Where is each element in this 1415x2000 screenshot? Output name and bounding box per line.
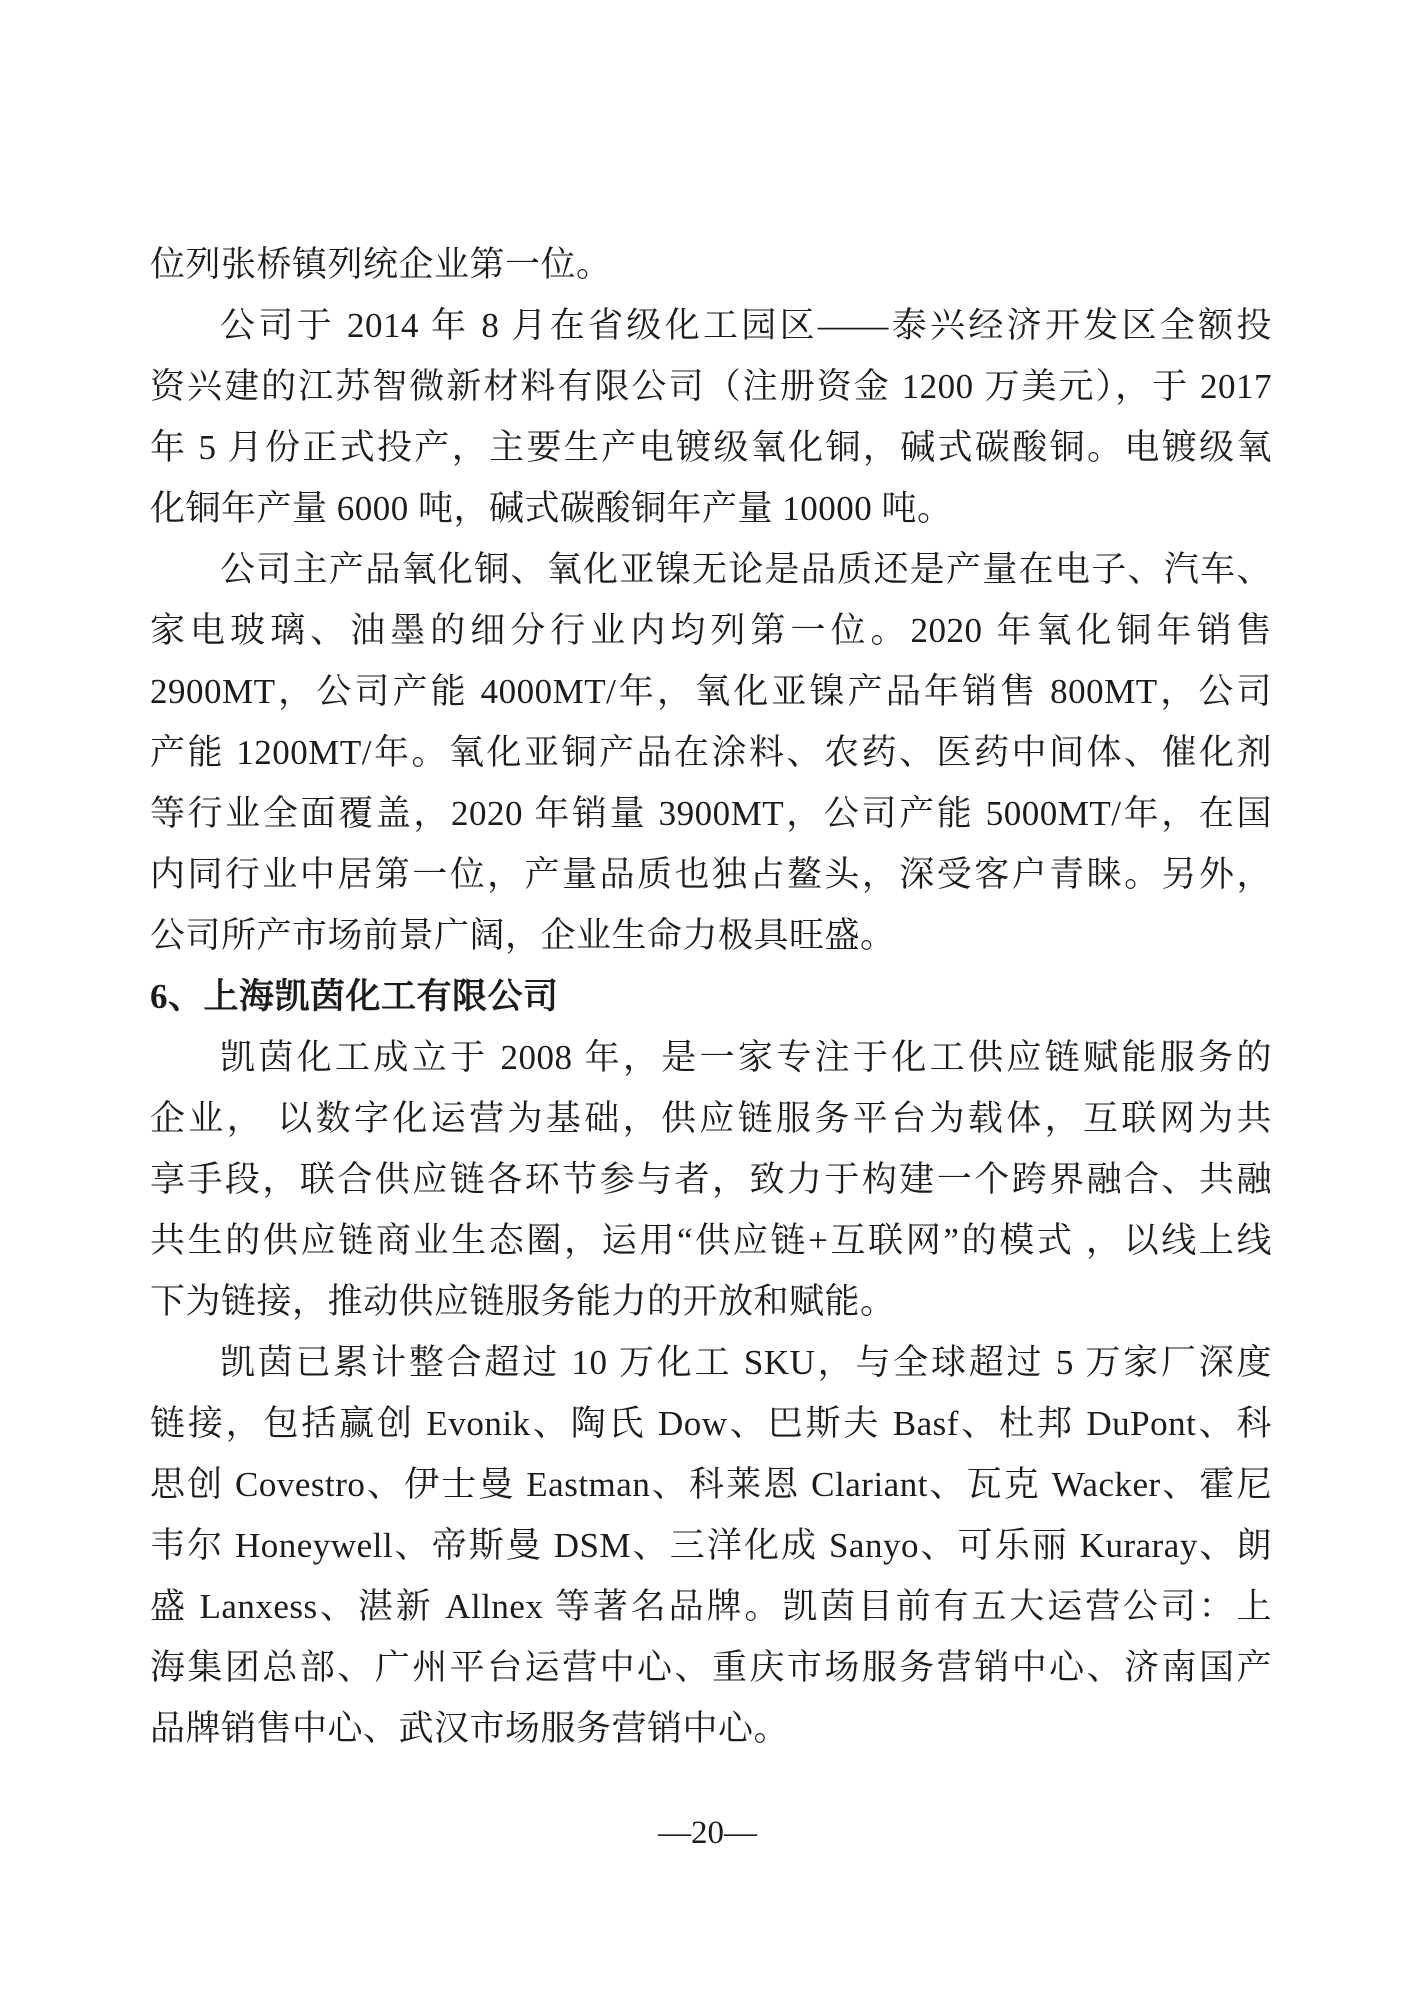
body-text-line: 海集团总部、广州平台运营中心、重庆市场服务营销中心、济南国产 — [150, 1637, 1272, 1698]
body-text-line: 品牌销售中心、武汉市场服务营销中心。 — [150, 1698, 1272, 1759]
body-text-line: 化铜年产量 6000 吨，碱式碳酸铜年产量 10000 吨。 — [150, 478, 1272, 539]
body-text-line: 公司所产市场前景广阔，企业生命力极具旺盛。 — [150, 905, 1272, 966]
body-text-line: 思创 Covestro、伊士曼 Eastman、科莱恩 Clariant、瓦克 … — [150, 1454, 1272, 1515]
section-heading: 6、上海凯茵化工有限公司 — [150, 966, 1272, 1027]
body-text-line: 年 5 月份正式投产，主要生产电镀级氧化铜，碱式碳酸铜。电镀级氧 — [150, 417, 1272, 478]
body-text-line: 位列张桥镇列统企业第一位。 — [150, 234, 1272, 295]
body-text-line: 韦尔 Honeywell、帝斯曼 DSM、三洋化成 Sanyo、可乐丽 Kura… — [150, 1515, 1272, 1576]
body-text-line: 产能 1200MT/年。氧化亚铜产品在涂料、农药、医药中间体、催化剂 — [150, 722, 1272, 783]
page-footer: —20— — [0, 1808, 1415, 1858]
body-text-line: 链接，包括赢创 Evonik、陶氏 Dow、巴斯夫 Basf、杜邦 DuPont… — [150, 1393, 1272, 1454]
body-text-line: 等行业全面覆盖，2020 年销量 3900MT，公司产能 5000MT/年，在国 — [150, 783, 1272, 844]
body-text-line: 资兴建的江苏智微新材料有限公司（注册资金 1200 万美元），于 2017 — [150, 356, 1272, 417]
body-text-line: 下为链接，推动供应链服务能力的开放和赋能。 — [150, 1271, 1272, 1332]
body-text-line: 公司于 2014 年 8 月在省级化工园区——泰兴经济开发区全额投 — [150, 295, 1272, 356]
body-text-line: 企业， 以数字化运营为基础，供应链服务平台为载体，互联网为共 — [150, 1088, 1272, 1149]
body-text-line: 凯茵化工成立于 2008 年，是一家专注于化工供应链赋能服务的 — [150, 1027, 1272, 1088]
body-text-line: 凯茵已累计整合超过 10 万化工 SKU，与全球超过 5 万家厂深度 — [150, 1332, 1272, 1393]
page-body: 位列张桥镇列统企业第一位。 公司于 2014 年 8 月在省级化工园区——泰兴经… — [150, 234, 1272, 1759]
body-text-line: 2900MT，公司产能 4000MT/年，氧化亚镍产品年销售 800MT，公司 — [150, 661, 1272, 722]
body-text-line: 盛 Lanxess、湛新 Allnex 等著名品牌。凯茵目前有五大运营公司：上 — [150, 1576, 1272, 1637]
body-text-line: 公司主产品氧化铜、氧化亚镍无论是品质还是产量在电子、汽车、 — [150, 539, 1272, 600]
body-text-line: 内同行业中居第一位，产量品质也独占鳌头，深受客户青睐。另外， — [150, 844, 1272, 905]
body-text-line: 共生的供应链商业生态圈，运用“供应链+互联网”的模式 ，以线上线 — [150, 1210, 1272, 1271]
body-text-line: 享手段，联合供应链各环节参与者，致力于构建一个跨界融合、共融 — [150, 1149, 1272, 1210]
page-number: —20— — [658, 1815, 757, 1851]
document-page: 位列张桥镇列统企业第一位。 公司于 2014 年 8 月在省级化工园区——泰兴经… — [0, 0, 1415, 2000]
body-text-line: 家电玻璃、油墨的细分行业内均列第一位。2020 年氧化铜年销售 — [150, 600, 1272, 661]
